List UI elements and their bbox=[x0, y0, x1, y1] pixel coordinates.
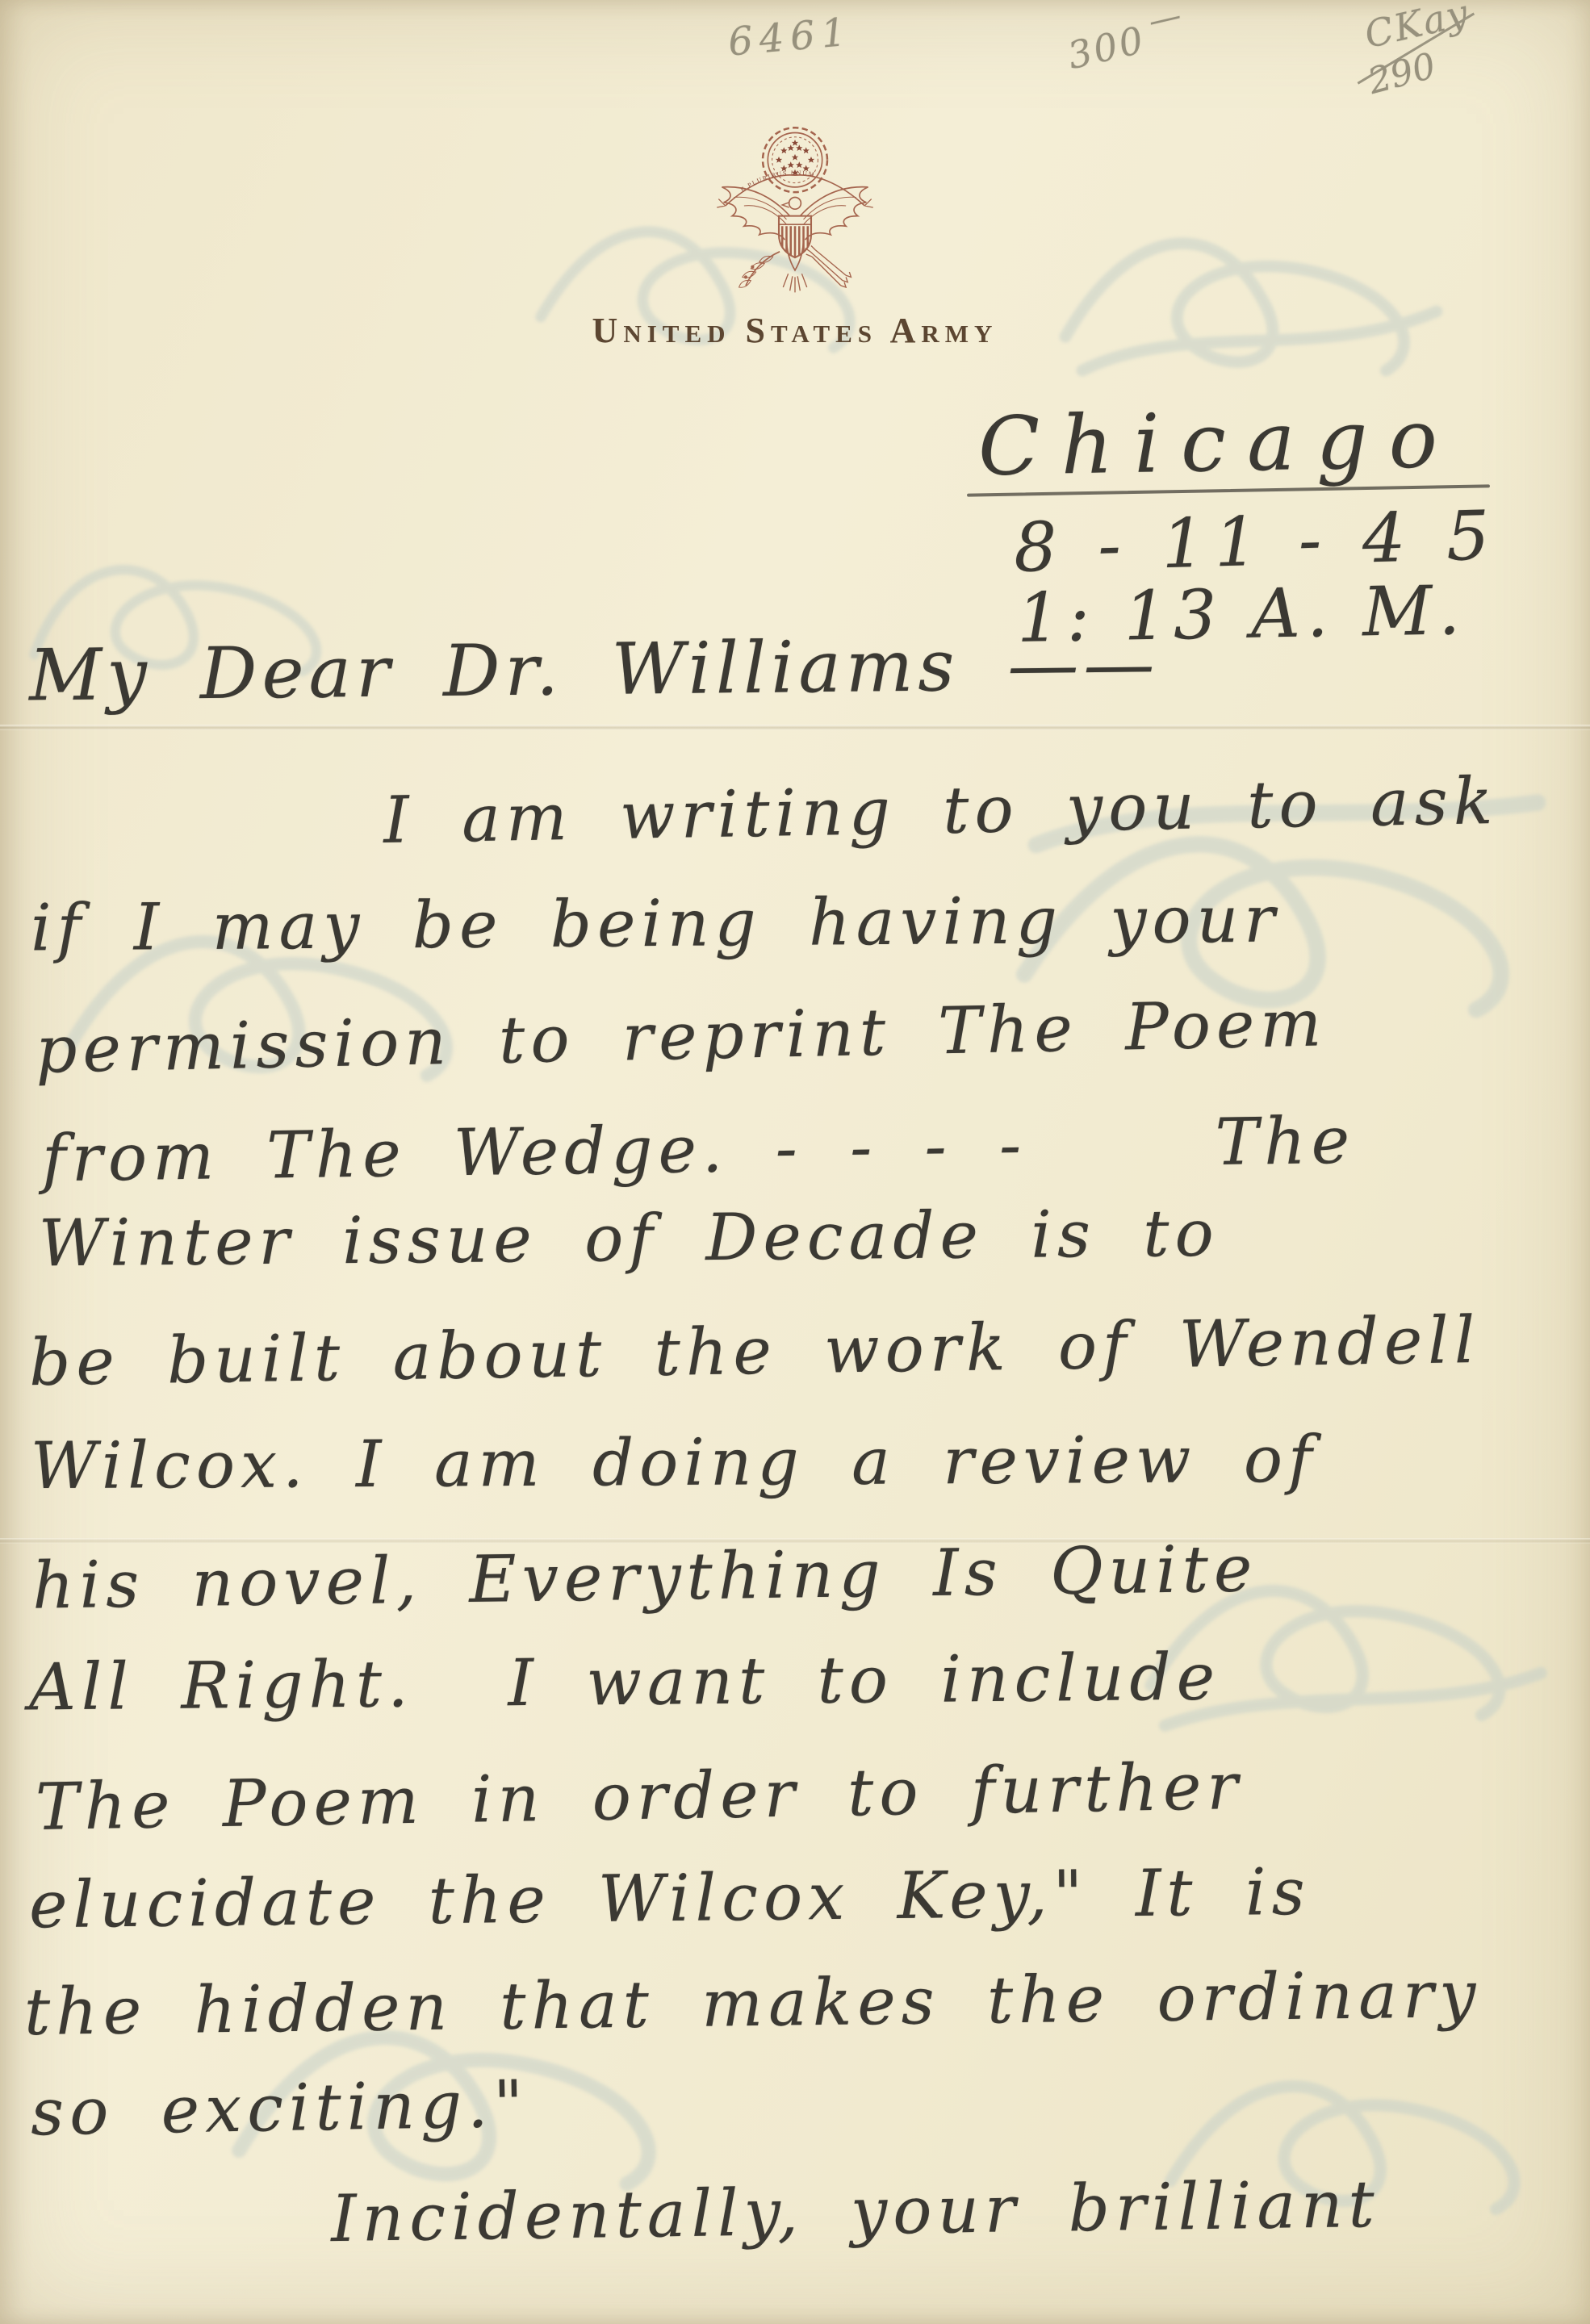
body-line: All Right. I want to include bbox=[29, 1640, 1221, 1725]
body-line: Winter issue of Decade is to bbox=[39, 1196, 1220, 1281]
ink-show-through bbox=[952, 202, 1550, 387]
pencil-price-dash: — bbox=[1145, 0, 1187, 40]
letterhead-title: United States Army bbox=[0, 310, 1590, 351]
pencil-collector-fraction: CKay 290 bbox=[1338, 0, 1501, 101]
body-line: if I may be being having your bbox=[31, 882, 1281, 966]
olive-branch-icon bbox=[739, 252, 780, 287]
pencil-price-value: 300 bbox=[1064, 18, 1149, 77]
body-line: I am writing to you to ask bbox=[383, 763, 1499, 858]
body-line: Incidentally, your brilliant bbox=[330, 2167, 1380, 2256]
body-line: so exciting." bbox=[30, 2067, 529, 2151]
shield-icon bbox=[779, 216, 811, 258]
body-line: permission to reprint The Poem bbox=[35, 985, 1328, 1087]
body-line: The Poem in order to further bbox=[35, 1749, 1244, 1845]
dateline-city: Chicago bbox=[977, 391, 1459, 494]
body-line: the hidden that makes the ordinary bbox=[23, 1957, 1481, 2050]
army-seal-icon: E PLURIBUS UNUM bbox=[688, 124, 902, 320]
body-line: from The Wedge. - - - - The bbox=[41, 1103, 1355, 1197]
salutation: My Dear Dr. Williams —— bbox=[28, 622, 1159, 717]
fold-crease bbox=[0, 725, 1590, 730]
pencil-catalog-number: 6461 bbox=[726, 9, 854, 65]
body-line: his novel, Everything Is Quite bbox=[31, 1531, 1257, 1623]
ink-show-through bbox=[48, 823, 500, 1162]
body-line: Wilcox. I am doing a review of bbox=[31, 1422, 1318, 1503]
body-line: be built about the work of Wendell bbox=[28, 1302, 1481, 1400]
pencil-price: 300— bbox=[1064, 8, 1191, 77]
arrows-icon bbox=[805, 245, 851, 287]
letter-paper: 6461 300— CKay 290 bbox=[0, 0, 1590, 2324]
stars-glory-icon bbox=[763, 127, 827, 192]
body-line: elucidate the Wilcox Key," It is bbox=[29, 1854, 1312, 1943]
